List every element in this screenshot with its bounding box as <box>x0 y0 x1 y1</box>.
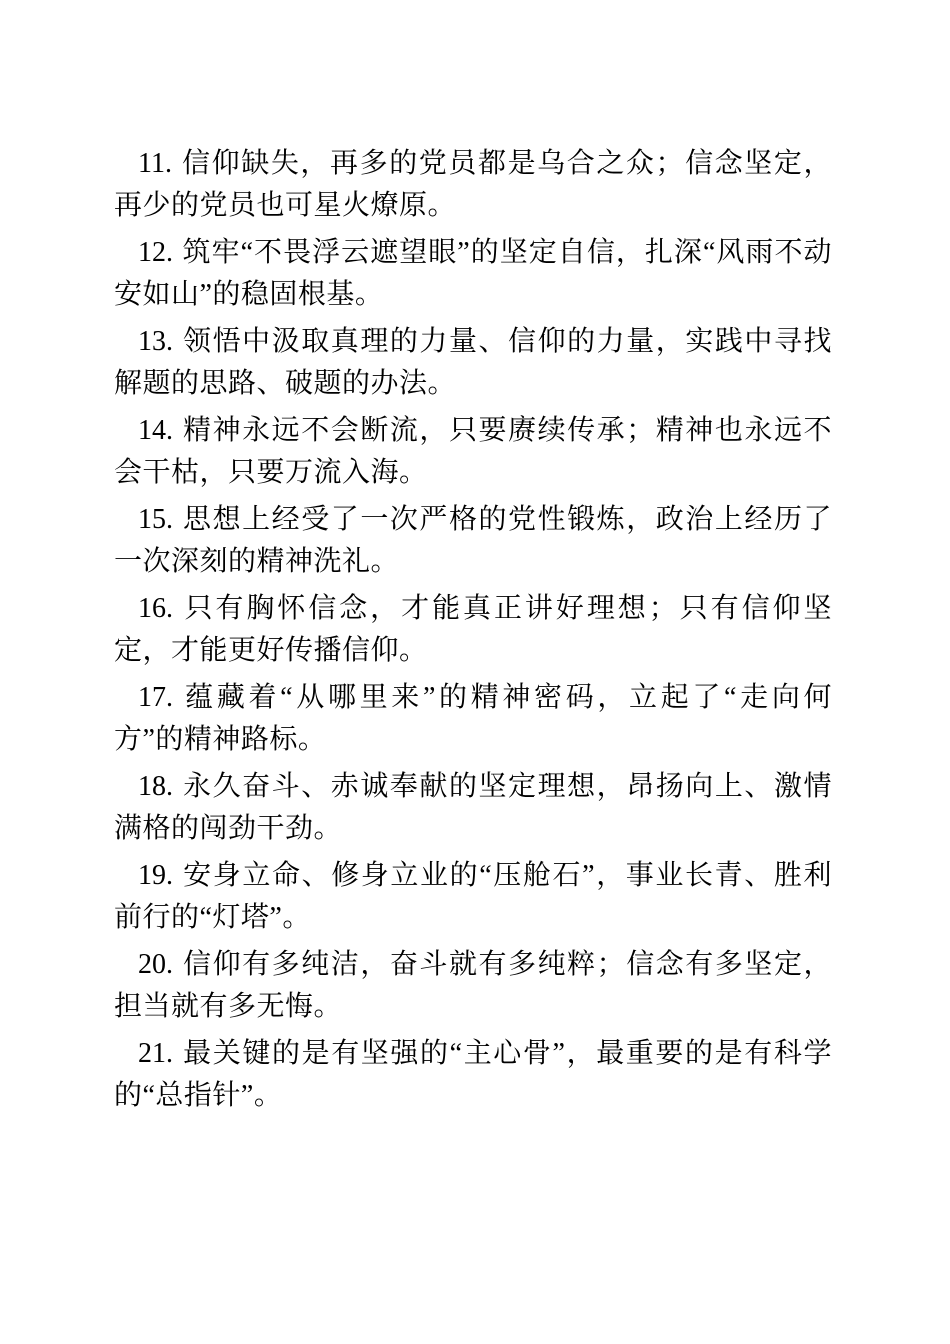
paragraph-list: 11.信仰缺失，再多的党员都是乌合之众；信念坚定，再少的党员也可星火燎原。 12… <box>114 143 832 1117</box>
paragraph-text: 领悟中汲取真理的力量、信仰的力量，实践中寻找解题的思路、破题的办法。 <box>114 326 832 399</box>
paragraph-text: 信仰缺失，再多的党员都是乌合之众；信念坚定，再少的党员也可星火燎原。 <box>114 148 832 221</box>
paragraph-text: 精神永远不会断流，只要赓续传承；精神也永远不会干枯，只要万流入海。 <box>114 415 832 488</box>
paragraph-number: 12. <box>138 237 173 268</box>
paragraph-number: 20. <box>138 949 173 980</box>
paragraph-number: 15. <box>138 504 173 535</box>
paragraph: 17.蕴藏着“从哪里来”的精神密码，立起了“走向何方”的精神路标。 <box>114 677 832 761</box>
paragraph-text: 信仰有多纯洁，奋斗就有多纯粹；信念有多坚定，担当就有多无悔。 <box>114 949 832 1022</box>
paragraph: 21.最关键的是有坚强的“主心骨”，最重要的是有科学的“总指针”。 <box>114 1033 832 1117</box>
paragraph-text: 思想上经受了一次严格的党性锻炼，政治上经历了一次深刻的精神洗礼。 <box>114 504 832 577</box>
paragraph-text: 安身立命、修身立业的“压舱石”，事业长青、胜利前行的“灯塔”。 <box>114 860 832 933</box>
paragraph-number: 16. <box>138 593 173 624</box>
paragraph: 13.领悟中汲取真理的力量、信仰的力量，实践中寻找解题的思路、破题的办法。 <box>114 321 832 405</box>
paragraph: 12.筑牢“不畏浮云遮望眼”的坚定自信，扎深“风雨不动安如山”的稳固根基。 <box>114 232 832 316</box>
paragraph: 11.信仰缺失，再多的党员都是乌合之众；信念坚定，再少的党员也可星火燎原。 <box>114 143 832 227</box>
paragraph-number: 11. <box>138 148 172 179</box>
paragraph: 14.精神永远不会断流，只要赓续传承；精神也永远不会干枯，只要万流入海。 <box>114 410 832 494</box>
paragraph-text: 蕴藏着“从哪里来”的精神密码，立起了“走向何方”的精神路标。 <box>114 682 832 755</box>
paragraph: 18.永久奋斗、赤诚奉献的坚定理想，昂扬向上、激情满格的闯劲干劲。 <box>114 766 832 850</box>
paragraph-number: 21. <box>138 1038 173 1069</box>
paragraph-text: 最关键的是有坚强的“主心骨”，最重要的是有科学的“总指针”。 <box>114 1038 832 1111</box>
paragraph: 15.思想上经受了一次严格的党性锻炼，政治上经历了一次深刻的精神洗礼。 <box>114 499 832 583</box>
paragraph: 19.安身立命、修身立业的“压舱石”，事业长青、胜利前行的“灯塔”。 <box>114 855 832 939</box>
document-page: 11.信仰缺失，再多的党员都是乌合之众；信念坚定，再少的党员也可星火燎原。 12… <box>0 0 950 1344</box>
paragraph-number: 13. <box>138 326 173 357</box>
paragraph: 20.信仰有多纯洁，奋斗就有多纯粹；信念有多坚定，担当就有多无悔。 <box>114 944 832 1028</box>
paragraph: 16.只有胸怀信念，才能真正讲好理想；只有信仰坚定，才能更好传播信仰。 <box>114 588 832 672</box>
paragraph-number: 18. <box>138 771 173 802</box>
paragraph-number: 14. <box>138 415 173 446</box>
paragraph-text: 筑牢“不畏浮云遮望眼”的坚定自信，扎深“风雨不动安如山”的稳固根基。 <box>114 237 832 310</box>
paragraph-text: 永久奋斗、赤诚奉献的坚定理想，昂扬向上、激情满格的闯劲干劲。 <box>114 771 832 844</box>
paragraph-number: 17. <box>138 682 173 713</box>
paragraph-text: 只有胸怀信念，才能真正讲好理想；只有信仰坚定，才能更好传播信仰。 <box>114 593 832 666</box>
paragraph-number: 19. <box>138 860 173 891</box>
